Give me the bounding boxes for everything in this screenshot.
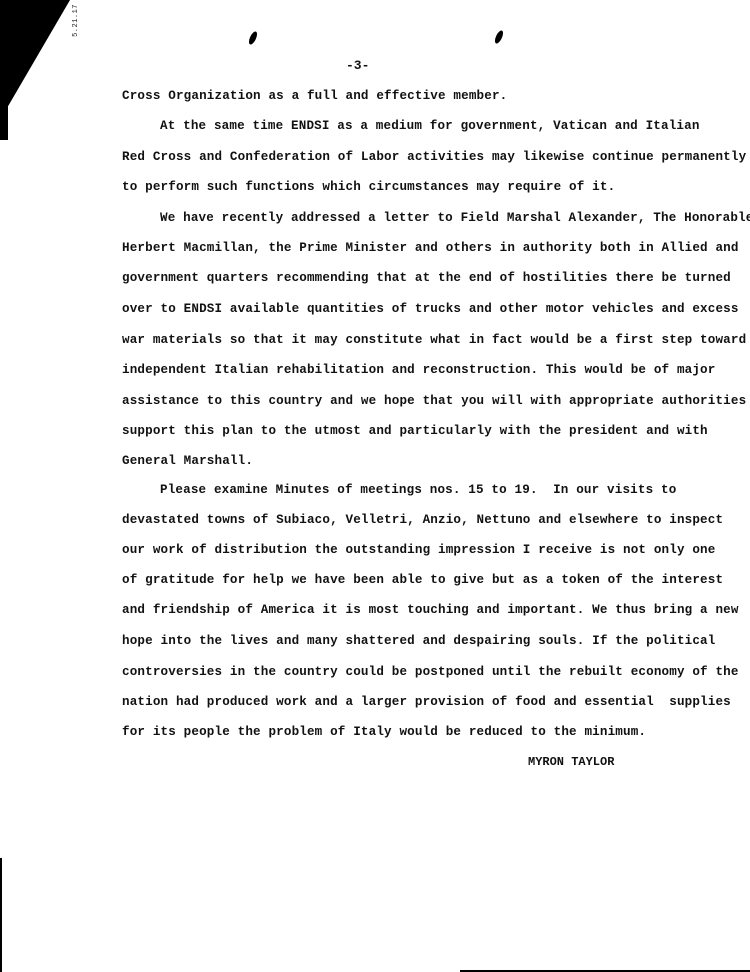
text-line: Red Cross and Confederation of Labor act…	[122, 150, 746, 164]
text-line: Cross Organization as a full and effecti…	[122, 89, 507, 103]
text-line: to perform such functions which circumst…	[122, 180, 615, 194]
text-line: controversies in the country could be po…	[122, 665, 739, 679]
text-line: Please examine Minutes of meetings nos. …	[160, 483, 676, 497]
scan-edge-left-bottom	[0, 858, 2, 972]
ink-blot	[247, 30, 258, 45]
text-line: over to ENDSI available quantities of tr…	[122, 302, 739, 316]
ink-blot	[493, 29, 504, 44]
text-line: Herbert Macmillan, the Prime Minister an…	[122, 241, 739, 255]
text-line: and friendship of America it is most tou…	[122, 603, 739, 617]
text-line: devastated towns of Subiaco, Velletri, A…	[122, 513, 723, 527]
text-line: our work of distribution the outstanding…	[122, 543, 715, 557]
text-line: for its people the problem of Italy woul…	[122, 725, 646, 739]
text-line: We have recently addressed a letter to F…	[160, 211, 750, 225]
text-line: hope into the lives and many shattered a…	[122, 634, 715, 648]
text-line: General Marshall.	[122, 454, 253, 468]
signature: MYRON TAYLOR	[528, 755, 614, 769]
page-number: -3-	[346, 58, 369, 73]
text-line: government quarters recommending that at…	[122, 271, 731, 285]
text-line: support this plan to the utmost and part…	[122, 424, 708, 438]
scan-edge-left-top	[0, 0, 8, 140]
text-line: independent Italian rehabilitation and r…	[122, 363, 715, 377]
text-line: assistance to this country and we hope t…	[122, 394, 746, 408]
scan-corner-shadow	[0, 0, 70, 120]
text-line: nation had produced work and a larger pr…	[122, 695, 731, 709]
text-line: At the same time ENDSI as a medium for g…	[160, 119, 700, 133]
text-line: of gratitude for help we have been able …	[122, 573, 723, 587]
text-line: war materials so that it may constitute …	[122, 333, 746, 347]
margin-stamp: 5.21.17	[72, 4, 80, 37]
